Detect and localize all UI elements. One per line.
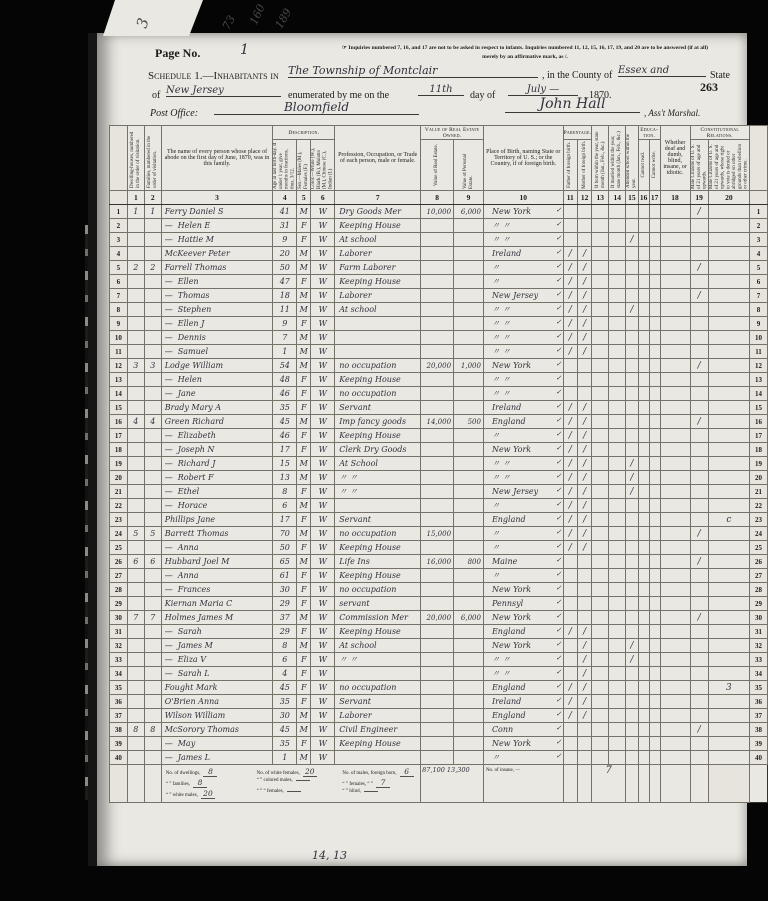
table-row: 28—Frances30FWno occupationNew York✓28 — [110, 583, 768, 597]
col12-mark: / — [577, 667, 591, 681]
birthplace-value: Ireland✓ — [483, 401, 563, 415]
col20-mark — [708, 667, 749, 681]
birthplace-text: England — [492, 627, 526, 636]
summary-value — [296, 780, 310, 781]
col18-mark — [660, 583, 690, 597]
color-value: W — [311, 359, 335, 373]
col20-mark — [708, 709, 749, 723]
line-number-left: 18 — [110, 443, 128, 457]
col14-mark — [609, 387, 626, 401]
col12-mark — [577, 359, 591, 373]
table-row: 35Fought Mark45FWno occupationEngland✓//… — [110, 681, 768, 695]
col20-mark — [708, 737, 749, 751]
col12-mark — [577, 373, 591, 387]
col11-mark — [563, 373, 577, 387]
family-number — [144, 709, 161, 723]
personal-estate-value — [454, 317, 484, 331]
col17-mark — [649, 443, 660, 457]
sex-value: M — [297, 527, 311, 541]
column-header-text: Male Citizens of U. S. of 21 years of ag… — [709, 141, 749, 189]
occupation-value: no occupation — [335, 681, 421, 695]
birthplace-text: Ireland — [492, 249, 521, 258]
col12-mark: / — [577, 709, 591, 723]
col16-mark — [638, 513, 649, 527]
col19-mark: / — [690, 261, 708, 275]
real-estate-value — [421, 331, 454, 345]
enumerator-tick: ✓ — [556, 738, 562, 746]
person-name: —Helen E — [161, 219, 273, 233]
col17-mark — [649, 401, 660, 415]
col16-mark — [638, 261, 649, 275]
line-number-left: 17 — [110, 429, 128, 443]
table-row: 23Phillips Jane17FWServantEngland✓//c23 — [110, 513, 768, 527]
col13-mark — [592, 555, 609, 569]
col12-mark: / — [577, 303, 591, 317]
occupation-value: Laborer — [335, 247, 421, 261]
col17-mark — [649, 457, 660, 471]
birthplace-value: 〃✓ — [483, 261, 563, 275]
line-number-right: 17 — [750, 429, 768, 443]
group-header-education: Educa-tion. — [638, 126, 660, 140]
pencil-mark: 189 — [273, 6, 295, 31]
column-header-text: If born within the year, state month (Ja… — [595, 128, 607, 188]
sex-value: F — [297, 541, 311, 555]
color-value: W — [311, 597, 335, 611]
col15-mark — [626, 583, 639, 597]
line-number-right: 1 — [750, 205, 768, 219]
birthplace-text: New Jersey — [492, 291, 538, 300]
table-row: 29Kiernan Maria C29FWservantPennsyl✓29 — [110, 597, 768, 611]
col15-mark — [626, 513, 639, 527]
line-number-left: 23 — [110, 513, 128, 527]
column-header-3: The name of every person whose place of … — [161, 126, 273, 191]
col11-mark: / — [563, 485, 577, 499]
dwelling-number — [127, 695, 144, 709]
col15-mark: / — [626, 457, 639, 471]
dwelling-number — [127, 443, 144, 457]
occupation-value — [335, 345, 421, 359]
col18-mark — [660, 373, 690, 387]
age-value: 6 — [273, 653, 297, 667]
table-row: 8—Stephen11MWAt school〃 〃✓///8 — [110, 303, 768, 317]
col15-mark: / — [626, 233, 639, 247]
line-number-left: 11 — [110, 345, 128, 359]
color-value: W — [311, 303, 335, 317]
person-name: —Stephen — [161, 303, 273, 317]
age-value: 31 — [273, 219, 297, 233]
post-office-handwritten: Bloomfield — [214, 100, 419, 115]
birthplace-value: New Jersey✓ — [483, 289, 563, 303]
state-handwritten: New Jersey — [166, 85, 281, 97]
census-table: Dwelling-houses, numbered in the order o… — [109, 125, 768, 803]
person-name: Barrett Thomas — [161, 527, 273, 541]
color-value: W — [311, 289, 335, 303]
table-row: 37Wilson William30MWLaborerEngland✓//37 — [110, 709, 768, 723]
col13-mark — [592, 219, 609, 233]
personal-estate-value — [454, 261, 484, 275]
occupation-value: Keeping House — [335, 625, 421, 639]
group-header-parentage: Parentage. — [563, 126, 592, 140]
birthplace-text: 〃 — [492, 543, 500, 552]
birthplace-value: 〃 〃✓ — [483, 471, 563, 485]
col15-mark — [626, 681, 639, 695]
column-header-11: Father of foreign birth. — [563, 140, 577, 191]
col15-mark — [626, 415, 639, 429]
occupation-value: Life Ins — [335, 555, 421, 569]
real-estate-value — [421, 429, 454, 443]
occupation-value: Laborer — [335, 289, 421, 303]
summary-stray-mark: 7 — [592, 765, 626, 803]
dwelling-number — [127, 597, 144, 611]
person-name: Lodge William — [161, 359, 273, 373]
col14-mark — [609, 541, 626, 555]
person-name-text: Elizabeth — [178, 431, 216, 440]
summary-item: “ ” white males,20 — [166, 789, 257, 800]
real-estate-value — [421, 751, 454, 765]
col18-mark — [660, 625, 690, 639]
table-row: 2666Hubbard Joel M65MWLife Ins16,000800M… — [110, 555, 768, 569]
summary-item: “ ” families,8 — [166, 778, 257, 789]
occupation-value: no occupation — [335, 359, 421, 373]
col17-mark — [649, 667, 660, 681]
col15-mark — [626, 667, 639, 681]
col16-mark — [638, 569, 649, 583]
col17-mark — [649, 499, 660, 513]
col11-mark: / — [563, 345, 577, 359]
col12-mark: / — [577, 317, 591, 331]
summary-row: No. of dwellings,8No. of white females,2… — [110, 765, 768, 803]
person-name-text: Thomas — [178, 291, 210, 300]
age-value: 54 — [273, 359, 297, 373]
county-label: , in the County of — [542, 70, 612, 81]
color-value: W — [311, 429, 335, 443]
table-row: 9—Ellen J9FW〃 〃✓//9 — [110, 317, 768, 331]
col13-mark — [592, 569, 609, 583]
personal-estate-value — [454, 527, 484, 541]
col14-mark — [609, 597, 626, 611]
day-of-label: day of — [470, 90, 495, 101]
person-name: —James L — [161, 751, 273, 765]
family-number — [144, 317, 161, 331]
real-estate-value — [421, 303, 454, 317]
enumerator-tick: ✓ — [556, 388, 562, 396]
table-row: 40—James L1MW〃✓40 — [110, 751, 768, 765]
line-number-right: 38 — [750, 723, 768, 737]
col19-mark: / — [690, 527, 708, 541]
col16-mark — [638, 345, 649, 359]
col18-mark — [660, 415, 690, 429]
sex-value: F — [297, 233, 311, 247]
color-value: W — [311, 569, 335, 583]
occupation-value: Keeping House — [335, 737, 421, 751]
dwelling-number — [127, 247, 144, 261]
col12-mark — [577, 233, 591, 247]
dwelling-number — [127, 513, 144, 527]
person-name-text: Ethel — [178, 487, 200, 496]
family-number — [144, 429, 161, 443]
printed-page-number: 263 — [700, 80, 718, 95]
col12-mark: / — [577, 681, 591, 695]
col18-mark — [660, 345, 690, 359]
real-estate-value: 14,000 — [421, 415, 454, 429]
col20-mark — [708, 625, 749, 639]
col14-mark — [609, 443, 626, 457]
line-number-right: 6 — [750, 275, 768, 289]
col15-mark — [626, 345, 639, 359]
family-number — [144, 373, 161, 387]
person-name: —Jane — [161, 387, 273, 401]
birthplace-value: 〃 〃✓ — [483, 653, 563, 667]
col13-mark — [592, 667, 609, 681]
col19-mark — [690, 303, 708, 317]
col17-mark — [649, 471, 660, 485]
column-number: 5 — [297, 191, 311, 205]
line-number-left: 2 — [110, 219, 128, 233]
column-header-text: Male Citizens of U. S. of 21 years of ag… — [691, 141, 708, 189]
col17-mark — [649, 555, 660, 569]
dwelling-number — [127, 541, 144, 555]
enumerator-tick: ✓ — [556, 556, 562, 564]
of-label: of — [152, 90, 160, 101]
birthplace-value: 〃 〃✓ — [483, 373, 563, 387]
ditto-dash: — — [165, 389, 173, 398]
age-value: 46 — [273, 429, 297, 443]
color-value: W — [311, 471, 335, 485]
table-row: 6—Ellen47FWKeeping House〃✓//6 — [110, 275, 768, 289]
col16-mark — [638, 737, 649, 751]
birthplace-text: 〃 〃 — [492, 655, 511, 664]
col17-mark — [649, 233, 660, 247]
family-number: 4 — [144, 415, 161, 429]
birthplace-text: 〃 〃 — [492, 459, 511, 468]
col16-mark — [638, 289, 649, 303]
age-value: 48 — [273, 373, 297, 387]
birthplace-text: 〃 〃 — [492, 347, 511, 356]
line-number-right: 26 — [750, 555, 768, 569]
birthplace-value: 〃 〃✓ — [483, 331, 563, 345]
dwelling-number: 4 — [127, 415, 144, 429]
dwelling-number — [127, 345, 144, 359]
family-number — [144, 569, 161, 583]
col13-mark — [592, 429, 609, 443]
birthplace-text: England — [492, 515, 526, 524]
occupation-value: Keeping House — [335, 569, 421, 583]
col18-mark — [660, 443, 690, 457]
age-value: 30 — [273, 583, 297, 597]
person-name: —Ellen J — [161, 317, 273, 331]
age-value: 30 — [273, 709, 297, 723]
color-value: W — [311, 331, 335, 345]
person-name: Hubbard Joel M — [161, 555, 273, 569]
summary-label: “ ” families, — [166, 782, 190, 787]
col20-mark — [708, 317, 749, 331]
age-value: 7 — [273, 331, 297, 345]
line-number-right: 35 — [750, 681, 768, 695]
birthplace-value: 〃✓ — [483, 751, 563, 765]
col16-mark — [638, 247, 649, 261]
person-name-text: Dennis — [178, 333, 206, 342]
line-number-left: 33 — [110, 653, 128, 667]
col20-mark — [708, 303, 749, 317]
enumerator-tick: ✓ — [556, 668, 562, 676]
table-row: 1233Lodge William54MWno occupation20,000… — [110, 359, 768, 373]
col13-mark — [592, 751, 609, 765]
person-name: McKeever Peter — [161, 247, 273, 261]
line-number-right: 19 — [750, 457, 768, 471]
ditto-dash: — — [165, 641, 173, 650]
table-row: 22—Horace6MW〃✓//22 — [110, 499, 768, 513]
occupation-value: Commission Mer — [335, 611, 421, 625]
summary-value: 6 — [400, 767, 414, 777]
col14-mark — [609, 429, 626, 443]
col14-mark — [609, 401, 626, 415]
birthplace-text: England — [492, 711, 526, 720]
col11-mark — [563, 359, 577, 373]
summary-value: 8 — [203, 767, 217, 777]
col16-mark — [638, 457, 649, 471]
line-number-right: 20 — [750, 471, 768, 485]
col14-mark — [609, 737, 626, 751]
person-name: Holmes James M — [161, 611, 273, 625]
col17-mark — [649, 527, 660, 541]
dwelling-number — [127, 289, 144, 303]
col17-mark — [649, 737, 660, 751]
col12-mark: / — [577, 345, 591, 359]
birthplace-text: Maine — [492, 557, 517, 566]
col13-mark — [592, 275, 609, 289]
col13-mark — [592, 485, 609, 499]
dwelling-number: 8 — [127, 723, 144, 737]
ditto-dash: — — [165, 501, 173, 510]
personal-estate-value — [454, 513, 484, 527]
ditto-dash: — — [165, 445, 173, 454]
col13-mark — [592, 541, 609, 555]
col15-mark — [626, 597, 639, 611]
census-grid: Dwelling-houses, numbered in the order o… — [109, 125, 768, 803]
occupation-value: Civil Engineer — [335, 723, 421, 737]
person-name-text: May — [178, 739, 195, 748]
line-number-right: 33 — [750, 653, 768, 667]
person-name-text: Helen — [178, 375, 202, 384]
person-name: Ferry Daniel S — [161, 205, 273, 219]
col18-mark — [660, 289, 690, 303]
birthplace-text: 〃 — [492, 501, 500, 510]
col16-mark — [638, 751, 649, 765]
col17-mark — [649, 373, 660, 387]
family-number — [144, 625, 161, 639]
birthplace-value: 〃 〃✓ — [483, 387, 563, 401]
col11-mark: / — [563, 247, 577, 261]
table-row: 19—Richard J15MWAt School〃 〃✓///19 — [110, 457, 768, 471]
col18-mark — [660, 401, 690, 415]
family-number — [144, 667, 161, 681]
ditto-dash: — — [165, 221, 173, 230]
personal-estate-value — [454, 681, 484, 695]
real-estate-value — [421, 219, 454, 233]
col15-mark — [626, 429, 639, 443]
family-number — [144, 597, 161, 611]
col19-mark — [690, 625, 708, 639]
col11-mark — [563, 751, 577, 765]
line-number-right: 34 — [750, 667, 768, 681]
birthplace-value: New York✓ — [483, 205, 563, 219]
occupation-value: Servant — [335, 401, 421, 415]
occupation-value: 〃 〃 — [335, 471, 421, 485]
col14-mark — [609, 625, 626, 639]
col19-mark: / — [690, 415, 708, 429]
column-header-text: Father of foreign birth. — [567, 142, 573, 188]
occupation-value: Laborer — [335, 709, 421, 723]
enumerator-tick: ✓ — [556, 598, 562, 606]
summary-label: No. of dwellings, — [166, 771, 201, 776]
family-number — [144, 233, 161, 247]
person-name: —Helen — [161, 373, 273, 387]
occupation-value: Farm Laborer — [335, 261, 421, 275]
summary-blank — [577, 765, 591, 803]
enumerator-tick: ✓ — [556, 584, 562, 592]
person-name-text: Ellen J — [178, 319, 205, 328]
person-name-text: Anna — [178, 571, 199, 580]
table-row: 21—Ethel8FW〃 〃New Jersey✓///21 — [110, 485, 768, 499]
birthplace-value: Maine✓ — [483, 555, 563, 569]
col14-mark — [609, 527, 626, 541]
col20-mark — [708, 429, 749, 443]
color-value: W — [311, 541, 335, 555]
table-row: 32—James M8MWAt schoolNew York✓//32 — [110, 639, 768, 653]
summary-item: “ ” colored males, — [257, 778, 343, 789]
col13-mark — [592, 583, 609, 597]
col13-mark — [592, 289, 609, 303]
enumerator-tick: ✓ — [556, 332, 562, 340]
col19-mark — [690, 695, 708, 709]
col19-mark — [690, 443, 708, 457]
line-number-right: 7 — [750, 289, 768, 303]
occupation-value: Keeping House — [335, 219, 421, 233]
col17-mark — [649, 275, 660, 289]
sex-value: M — [297, 709, 311, 723]
column-number: 12 — [577, 191, 591, 205]
col12-mark: / — [577, 331, 591, 345]
line-number-left: 31 — [110, 625, 128, 639]
line-number-left: 22 — [110, 499, 128, 513]
col18-mark — [660, 527, 690, 541]
col18-mark — [660, 513, 690, 527]
sex-value: F — [297, 597, 311, 611]
birthplace-text: New York — [492, 207, 531, 216]
sex-value: F — [297, 667, 311, 681]
col19-mark — [690, 331, 708, 345]
column-header-text: Families, numbered in the order of visit… — [147, 128, 159, 188]
col13-mark — [592, 233, 609, 247]
col14-mark — [609, 359, 626, 373]
family-number: 3 — [144, 359, 161, 373]
col12-mark — [577, 751, 591, 765]
birthplace-text: 〃 〃 — [492, 305, 511, 314]
column-header-text: Sex.—Males (M.), Females (F.) — [298, 141, 310, 189]
birthplace-value: 〃✓ — [483, 527, 563, 541]
column-number: 13 — [592, 191, 609, 205]
occupation-value: Keeping House — [335, 541, 421, 555]
table-row: 11—Samuel1MW〃 〃✓//11 — [110, 345, 768, 359]
birthplace-text: New York — [492, 739, 531, 748]
table-row: 25—Anna50FWKeeping House〃✓//25 — [110, 541, 768, 555]
col19-mark — [690, 457, 708, 471]
enumerator-tick: ✓ — [556, 472, 562, 480]
summary-blank — [127, 765, 144, 803]
occupation-value: no occupation — [335, 583, 421, 597]
enumerator-tick: ✓ — [556, 752, 562, 760]
col12-mark: / — [577, 485, 591, 499]
